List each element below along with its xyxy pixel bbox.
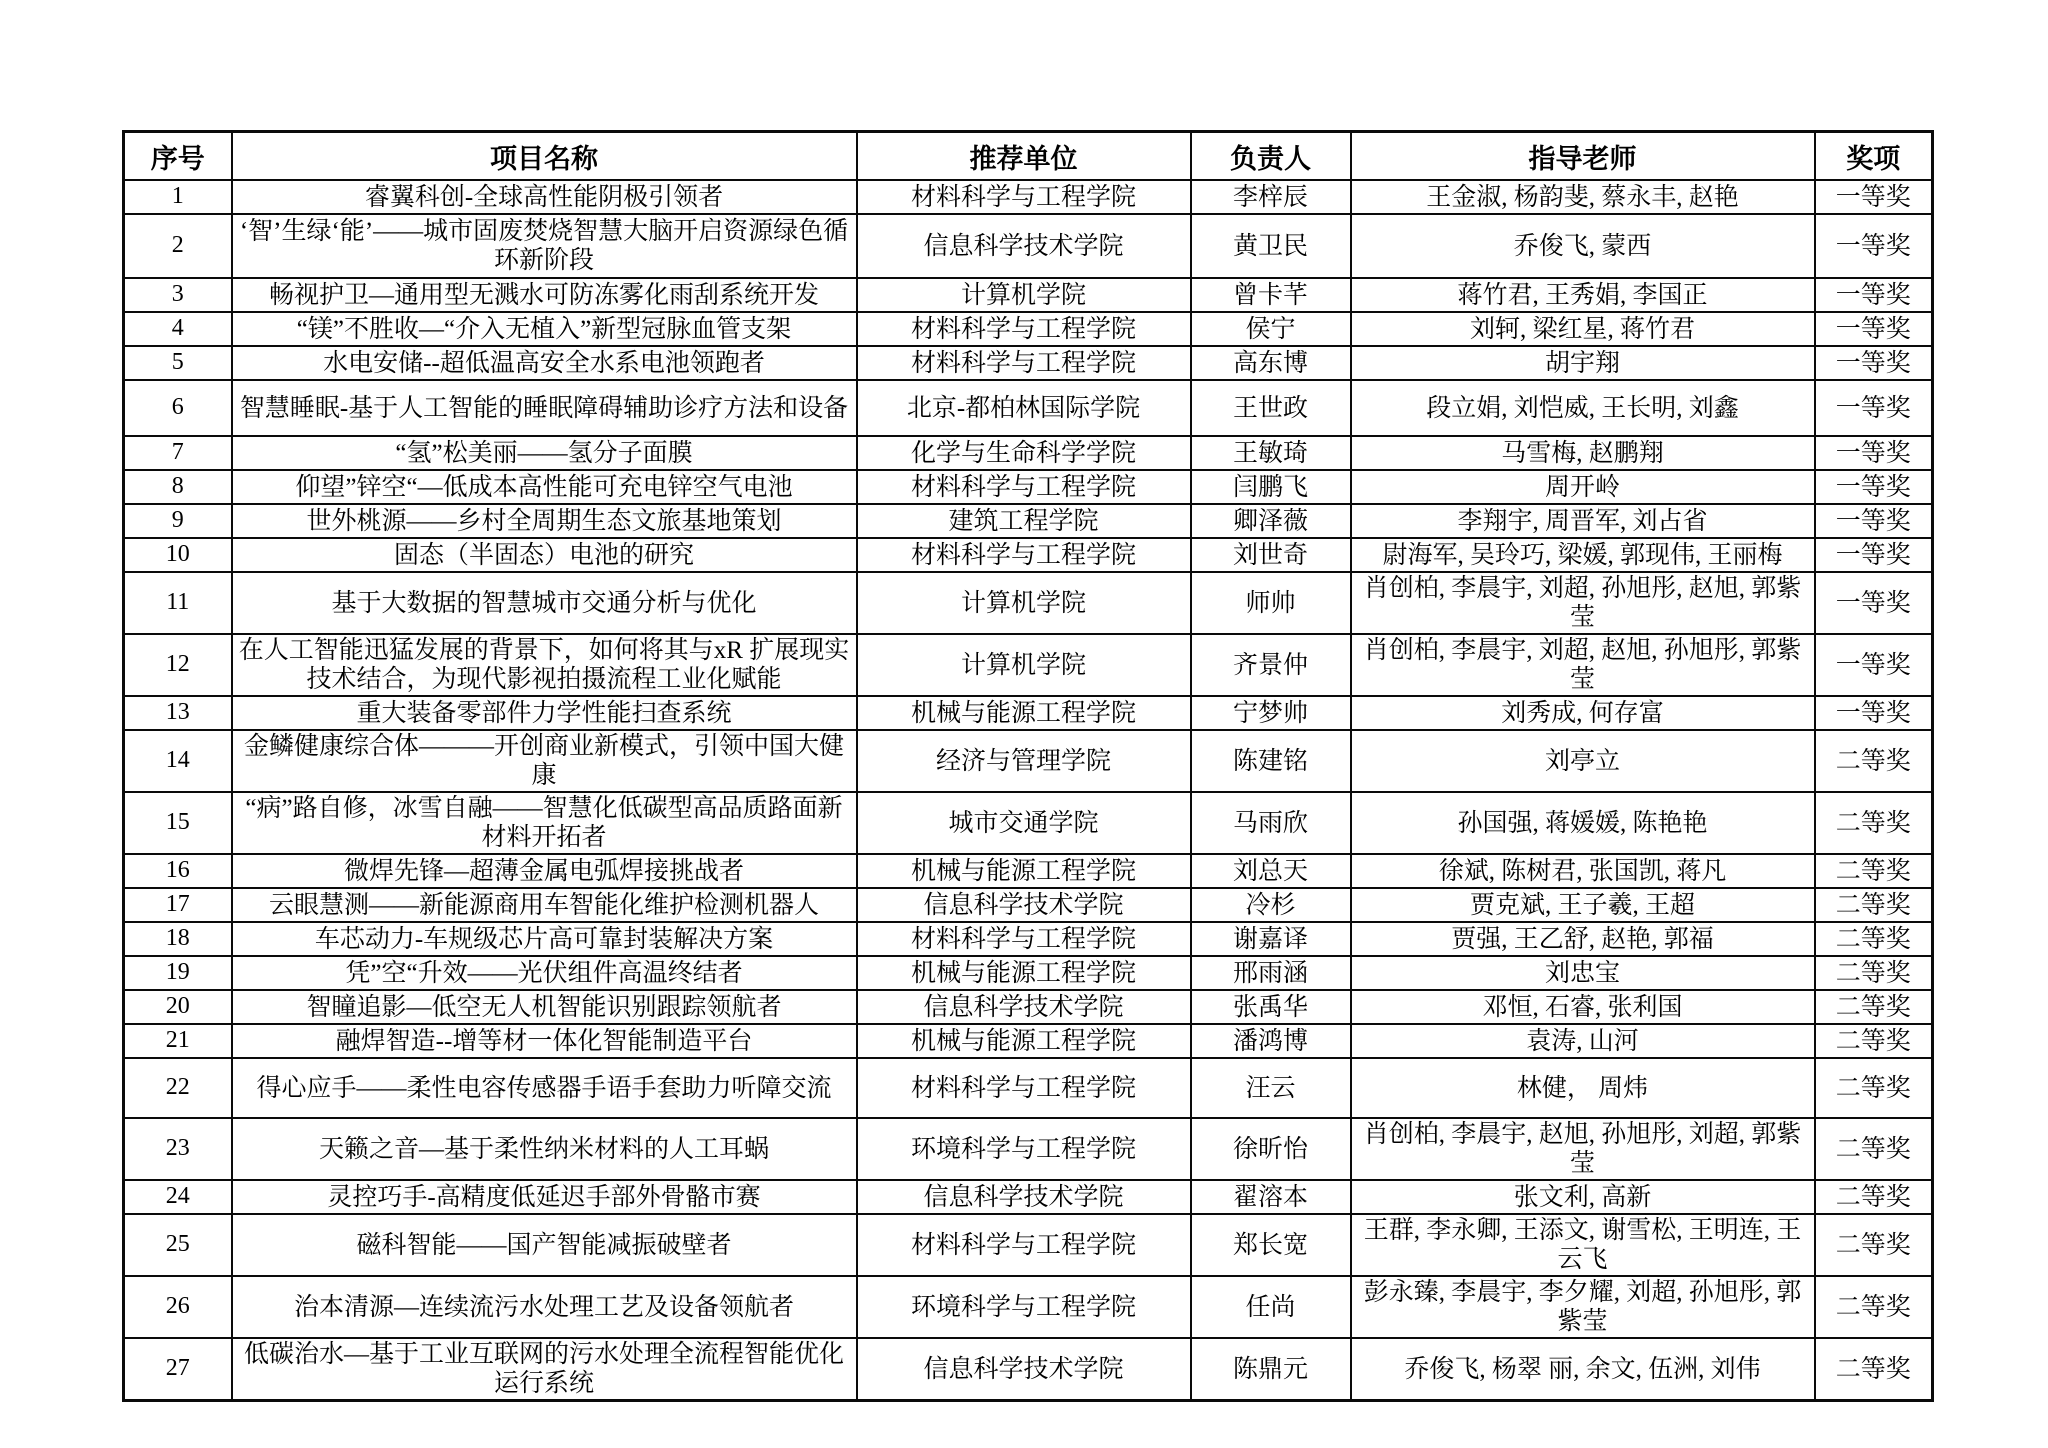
cell-leader: 高东博	[1191, 346, 1351, 380]
cell-unit: 北京-都柏林国际学院	[857, 380, 1191, 436]
table-row: 8仰望”锌空“—低成本高性能可充电锌空气电池材料科学与工程学院闫鹏飞周开岭一等奖	[124, 470, 1933, 504]
cell-index: 26	[124, 1276, 232, 1338]
cell-project: 固态（半固态）电池的研究	[232, 538, 857, 572]
header-row: 序号 项目名称 推荐单位 负责人 指导老师 奖项	[124, 132, 1933, 181]
table-row: 20智瞳追影—低空无人机智能识别跟踪领航者信息科学技术学院张禹华邓恒, 石睿, …	[124, 990, 1933, 1024]
cell-index: 17	[124, 888, 232, 922]
table-row: 15“病”路自修，冰雪自融——智慧化低碳型高品质路面新材料开拓者城市交通学院马雨…	[124, 792, 1933, 854]
cell-leader: 王世政	[1191, 380, 1351, 436]
cell-advisors: 肖创柏, 李晨宇, 刘超, 赵旭, 孙旭彤, 郭紫莹	[1351, 634, 1815, 696]
cell-project: 融焊智造--增等材一体化智能制造平台	[232, 1024, 857, 1058]
cell-leader: 齐景仲	[1191, 634, 1351, 696]
cell-unit: 机械与能源工程学院	[857, 956, 1191, 990]
cell-project: 微焊先锋—超薄金属电弧焊接挑战者	[232, 854, 857, 888]
cell-project: 车芯动力-车规级芯片高可靠封装解决方案	[232, 922, 857, 956]
table-row: 24灵控巧手-高精度低延迟手部外骨骼市赛信息科学技术学院翟溶本张文利, 高新二等…	[124, 1180, 1933, 1214]
cell-leader: 王敏琦	[1191, 436, 1351, 470]
cell-project: 基于大数据的智慧城市交通分析与优化	[232, 572, 857, 634]
cell-leader: 谢嘉译	[1191, 922, 1351, 956]
table-row: 2‘智’生绿‘能’——城市固废焚烧智慧大脑开启资源绿色循环新阶段信息科学技术学院…	[124, 214, 1933, 278]
cell-leader: 师帅	[1191, 572, 1351, 634]
cell-leader: 宁梦帅	[1191, 696, 1351, 730]
cell-unit: 经济与管理学院	[857, 730, 1191, 792]
cell-project: 云眼慧测——新能源商用车智能化维护检测机器人	[232, 888, 857, 922]
cell-index: 20	[124, 990, 232, 1024]
cell-index: 19	[124, 956, 232, 990]
cell-advisors: 贾强, 王乙舒, 赵艳, 郭福	[1351, 922, 1815, 956]
cell-unit: 材料科学与工程学院	[857, 470, 1191, 504]
cell-advisors: 刘忠宝	[1351, 956, 1815, 990]
table-row: 14金鳞健康综合体———开创商业新模式，引领中国大健康经济与管理学院陈建铭刘亭立…	[124, 730, 1933, 792]
cell-unit: 材料科学与工程学院	[857, 312, 1191, 346]
cell-unit: 计算机学院	[857, 278, 1191, 312]
cell-index: 13	[124, 696, 232, 730]
cell-leader: 郑长宽	[1191, 1214, 1351, 1276]
cell-unit: 机械与能源工程学院	[857, 1024, 1191, 1058]
table-row: 3畅视护卫—通用型无溅水可防冻雾化雨刮系统开发计算机学院曾卡芊蒋竹君, 王秀娟,…	[124, 278, 1933, 312]
cell-leader: 邢雨涵	[1191, 956, 1351, 990]
cell-award: 二等奖	[1815, 1276, 1933, 1338]
cell-award: 二等奖	[1815, 1338, 1933, 1401]
cell-unit: 材料科学与工程学院	[857, 1058, 1191, 1118]
table-row: 4“镁”不胜收—“介入无植入”新型冠脉血管支架材料科学与工程学院侯宁刘轲, 梁红…	[124, 312, 1933, 346]
cell-project: 凭”空“升效——光伏组件高温终结者	[232, 956, 857, 990]
cell-project: ‘智’生绿‘能’——城市固废焚烧智慧大脑开启资源绿色循环新阶段	[232, 214, 857, 278]
cell-unit: 材料科学与工程学院	[857, 538, 1191, 572]
cell-index: 21	[124, 1024, 232, 1058]
cell-index: 7	[124, 436, 232, 470]
cell-leader: 陈建铭	[1191, 730, 1351, 792]
cell-index: 14	[124, 730, 232, 792]
cell-index: 9	[124, 504, 232, 538]
cell-unit: 计算机学院	[857, 572, 1191, 634]
cell-leader: 冷杉	[1191, 888, 1351, 922]
cell-project: 世外桃源——乡村全周期生态文旅基地策划	[232, 504, 857, 538]
cell-advisors: 胡宇翔	[1351, 346, 1815, 380]
awards-table: 序号 项目名称 推荐单位 负责人 指导老师 奖项 1睿翼科创-全球高性能阴极引领…	[122, 130, 1934, 1402]
cell-index: 27	[124, 1338, 232, 1401]
cell-project: 智瞳追影—低空无人机智能识别跟踪领航者	[232, 990, 857, 1024]
cell-award: 二等奖	[1815, 1180, 1933, 1214]
cell-award: 二等奖	[1815, 990, 1933, 1024]
cell-project: 灵控巧手-高精度低延迟手部外骨骼市赛	[232, 1180, 857, 1214]
cell-leader: 侯宁	[1191, 312, 1351, 346]
cell-award: 二等奖	[1815, 1118, 1933, 1180]
cell-leader: 闫鹏飞	[1191, 470, 1351, 504]
cell-leader: 卿泽薇	[1191, 504, 1351, 538]
cell-leader: 曾卡芊	[1191, 278, 1351, 312]
table-row: 27低碳治水—基于工业互联网的污水处理全流程智能优化运行系统信息科学技术学院陈鼎…	[124, 1338, 1933, 1401]
cell-leader: 李梓辰	[1191, 180, 1351, 214]
table-row: 21融焊智造--增等材一体化智能制造平台机械与能源工程学院潘鸿博袁涛, 山河二等…	[124, 1024, 1933, 1058]
cell-advisors: 张文利, 高新	[1351, 1180, 1815, 1214]
cell-award: 一等奖	[1815, 634, 1933, 696]
cell-unit: 化学与生命科学学院	[857, 436, 1191, 470]
cell-leader: 汪云	[1191, 1058, 1351, 1118]
cell-advisors: 袁涛, 山河	[1351, 1024, 1815, 1058]
cell-award: 一等奖	[1815, 214, 1933, 278]
cell-advisors: 乔俊飞, 蒙西	[1351, 214, 1815, 278]
cell-award: 一等奖	[1815, 380, 1933, 436]
cell-index: 4	[124, 312, 232, 346]
cell-award: 二等奖	[1815, 1214, 1933, 1276]
cell-unit: 环境科学与工程学院	[857, 1118, 1191, 1180]
cell-leader: 刘总天	[1191, 854, 1351, 888]
table-row: 13重大装备零部件力学性能扫查系统机械与能源工程学院宁梦帅刘秀成, 何存富一等奖	[124, 696, 1933, 730]
cell-project: 磁科智能——国产智能减振破壁者	[232, 1214, 857, 1276]
cell-advisors: 李翔宇, 周晋军, 刘占省	[1351, 504, 1815, 538]
cell-project: 智慧睡眠-基于人工智能的睡眠障碍辅助诊疗方法和设备	[232, 380, 857, 436]
cell-award: 一等奖	[1815, 278, 1933, 312]
cell-project: “病”路自修，冰雪自融——智慧化低碳型高品质路面新材料开拓者	[232, 792, 857, 854]
cell-index: 12	[124, 634, 232, 696]
table-row: 18车芯动力-车规级芯片高可靠封装解决方案材料科学与工程学院谢嘉译贾强, 王乙舒…	[124, 922, 1933, 956]
cell-advisors: 林健， 周炜	[1351, 1058, 1815, 1118]
cell-award: 一等奖	[1815, 538, 1933, 572]
cell-leader: 徐昕怡	[1191, 1118, 1351, 1180]
cell-award: 一等奖	[1815, 180, 1933, 214]
cell-unit: 材料科学与工程学院	[857, 1214, 1191, 1276]
cell-advisors: 徐斌, 陈树君, 张国凯, 蒋凡	[1351, 854, 1815, 888]
cell-advisors: 蒋竹君, 王秀娟, 李国正	[1351, 278, 1815, 312]
col-header-index: 序号	[124, 132, 232, 181]
cell-leader: 陈鼎元	[1191, 1338, 1351, 1401]
cell-unit: 信息科学技术学院	[857, 888, 1191, 922]
cell-unit: 计算机学院	[857, 634, 1191, 696]
cell-index: 15	[124, 792, 232, 854]
cell-advisors: 乔俊飞, 杨翠 丽, 余文, 伍洲, 刘伟	[1351, 1338, 1815, 1401]
table-row: 6智慧睡眠-基于人工智能的睡眠障碍辅助诊疗方法和设备北京-都柏林国际学院王世政段…	[124, 380, 1933, 436]
cell-index: 5	[124, 346, 232, 380]
cell-unit: 环境科学与工程学院	[857, 1276, 1191, 1338]
cell-advisors: 肖创柏, 李晨宇, 刘超, 孙旭彤, 赵旭, 郭紫莹	[1351, 572, 1815, 634]
cell-project: “氢”松美丽——氢分子面膜	[232, 436, 857, 470]
cell-award: 一等奖	[1815, 470, 1933, 504]
cell-leader: 刘世奇	[1191, 538, 1351, 572]
cell-project: 畅视护卫—通用型无溅水可防冻雾化雨刮系统开发	[232, 278, 857, 312]
cell-unit: 机械与能源工程学院	[857, 696, 1191, 730]
cell-unit: 信息科学技术学院	[857, 1180, 1191, 1214]
cell-advisors: 周开岭	[1351, 470, 1815, 504]
cell-award: 一等奖	[1815, 696, 1933, 730]
cell-award: 二等奖	[1815, 730, 1933, 792]
cell-advisors: 邓恒, 石睿, 张利国	[1351, 990, 1815, 1024]
cell-advisors: 尉海军, 吴玲巧, 梁媛, 郭现伟, 王丽梅	[1351, 538, 1815, 572]
table-row: 22得心应手——柔性电容传感器手语手套助力听障交流材料科学与工程学院汪云林健， …	[124, 1058, 1933, 1118]
cell-index: 6	[124, 380, 232, 436]
cell-award: 一等奖	[1815, 436, 1933, 470]
cell-unit: 材料科学与工程学院	[857, 346, 1191, 380]
cell-index: 10	[124, 538, 232, 572]
table-row: 17云眼慧测——新能源商用车智能化维护检测机器人信息科学技术学院冷杉贾克斌, 王…	[124, 888, 1933, 922]
cell-leader: 任尚	[1191, 1276, 1351, 1338]
cell-award: 二等奖	[1815, 1058, 1933, 1118]
cell-project: 睿翼科创-全球高性能阴极引领者	[232, 180, 857, 214]
cell-leader: 马雨欣	[1191, 792, 1351, 854]
cell-award: 二等奖	[1815, 854, 1933, 888]
cell-leader: 张禹华	[1191, 990, 1351, 1024]
cell-index: 24	[124, 1180, 232, 1214]
cell-project: 治本清源—连续流污水处理工艺及设备领航者	[232, 1276, 857, 1338]
cell-project: “镁”不胜收—“介入无植入”新型冠脉血管支架	[232, 312, 857, 346]
cell-advisors: 刘轲, 梁红星, 蒋竹君	[1351, 312, 1815, 346]
cell-index: 22	[124, 1058, 232, 1118]
cell-index: 1	[124, 180, 232, 214]
cell-award: 二等奖	[1815, 888, 1933, 922]
table-row: 16微焊先锋—超薄金属电弧焊接挑战者机械与能源工程学院刘总天徐斌, 陈树君, 张…	[124, 854, 1933, 888]
table-row: 19凭”空“升效——光伏组件高温终结者机械与能源工程学院邢雨涵刘忠宝二等奖	[124, 956, 1933, 990]
cell-unit: 信息科学技术学院	[857, 990, 1191, 1024]
cell-award: 二等奖	[1815, 1024, 1933, 1058]
cell-index: 23	[124, 1118, 232, 1180]
table-row: 1睿翼科创-全球高性能阴极引领者材料科学与工程学院李梓辰王金淑, 杨韵斐, 蔡永…	[124, 180, 1933, 214]
cell-project: 金鳞健康综合体———开创商业新模式，引领中国大健康	[232, 730, 857, 792]
cell-award: 一等奖	[1815, 346, 1933, 380]
cell-award: 一等奖	[1815, 572, 1933, 634]
document-page: 序号 项目名称 推荐单位 负责人 指导老师 奖项 1睿翼科创-全球高性能阴极引领…	[0, 0, 2048, 1448]
cell-project: 水电安储--超低温高安全水系电池领跑者	[232, 346, 857, 380]
table-row: 12在人工智能迅猛发展的背景下，如何将其与xR 扩展现实技术结合，为现代影视拍摄…	[124, 634, 1933, 696]
cell-leader: 翟溶本	[1191, 1180, 1351, 1214]
cell-index: 16	[124, 854, 232, 888]
cell-unit: 信息科学技术学院	[857, 214, 1191, 278]
cell-unit: 机械与能源工程学院	[857, 854, 1191, 888]
col-header-unit: 推荐单位	[857, 132, 1191, 181]
table-row: 10固态（半固态）电池的研究材料科学与工程学院刘世奇尉海军, 吴玲巧, 梁媛, …	[124, 538, 1933, 572]
cell-advisors: 肖创柏, 李晨宇, 赵旭, 孙旭彤, 刘超, 郭紫莹	[1351, 1118, 1815, 1180]
cell-index: 8	[124, 470, 232, 504]
table-row: 23天籁之音—基于柔性纳米材料的人工耳蜗环境科学与工程学院徐昕怡肖创柏, 李晨宇…	[124, 1118, 1933, 1180]
col-header-project: 项目名称	[232, 132, 857, 181]
cell-award: 一等奖	[1815, 312, 1933, 346]
cell-project: 得心应手——柔性电容传感器手语手套助力听障交流	[232, 1058, 857, 1118]
table-row: 11基于大数据的智慧城市交通分析与优化计算机学院师帅肖创柏, 李晨宇, 刘超, …	[124, 572, 1933, 634]
table-row: 7“氢”松美丽——氢分子面膜化学与生命科学学院王敏琦马雪梅, 赵鹏翔一等奖	[124, 436, 1933, 470]
cell-advisors: 刘亭立	[1351, 730, 1815, 792]
cell-award: 二等奖	[1815, 956, 1933, 990]
cell-advisors: 王群, 李永卿, 王添文, 谢雪松, 王明连, 王云飞	[1351, 1214, 1815, 1276]
col-header-leader: 负责人	[1191, 132, 1351, 181]
table-row: 9世外桃源——乡村全周期生态文旅基地策划建筑工程学院卿泽薇李翔宇, 周晋军, 刘…	[124, 504, 1933, 538]
cell-unit: 信息科学技术学院	[857, 1338, 1191, 1401]
cell-index: 11	[124, 572, 232, 634]
col-header-award: 奖项	[1815, 132, 1933, 181]
cell-project: 仰望”锌空“—低成本高性能可充电锌空气电池	[232, 470, 857, 504]
cell-advisors: 马雪梅, 赵鹏翔	[1351, 436, 1815, 470]
cell-index: 2	[124, 214, 232, 278]
cell-leader: 潘鸿博	[1191, 1024, 1351, 1058]
cell-unit: 建筑工程学院	[857, 504, 1191, 538]
cell-leader: 黄卫民	[1191, 214, 1351, 278]
cell-project: 在人工智能迅猛发展的背景下，如何将其与xR 扩展现实技术结合，为现代影视拍摄流程…	[232, 634, 857, 696]
cell-award: 二等奖	[1815, 922, 1933, 956]
cell-unit: 城市交通学院	[857, 792, 1191, 854]
cell-project: 低碳治水—基于工业互联网的污水处理全流程智能优化运行系统	[232, 1338, 857, 1401]
cell-unit: 材料科学与工程学院	[857, 922, 1191, 956]
table-row: 26治本清源—连续流污水处理工艺及设备领航者环境科学与工程学院任尚彭永臻, 李晨…	[124, 1276, 1933, 1338]
cell-advisors: 段立娟, 刘恺威, 王长明, 刘鑫	[1351, 380, 1815, 436]
cell-index: 18	[124, 922, 232, 956]
cell-award: 二等奖	[1815, 792, 1933, 854]
cell-unit: 材料科学与工程学院	[857, 180, 1191, 214]
cell-advisors: 王金淑, 杨韵斐, 蔡永丰, 赵艳	[1351, 180, 1815, 214]
cell-project: 重大装备零部件力学性能扫查系统	[232, 696, 857, 730]
cell-advisors: 贾克斌, 王子羲, 王超	[1351, 888, 1815, 922]
col-header-advisors: 指导老师	[1351, 132, 1815, 181]
cell-advisors: 孙国强, 蒋媛媛, 陈艳艳	[1351, 792, 1815, 854]
table-row: 5水电安储--超低温高安全水系电池领跑者材料科学与工程学院高东博胡宇翔一等奖	[124, 346, 1933, 380]
cell-advisors: 彭永臻, 李晨宇, 李夕耀, 刘超, 孙旭彤, 郭紫莹	[1351, 1276, 1815, 1338]
cell-index: 3	[124, 278, 232, 312]
cell-award: 一等奖	[1815, 504, 1933, 538]
cell-advisors: 刘秀成, 何存富	[1351, 696, 1815, 730]
table-row: 25磁科智能——国产智能减振破壁者材料科学与工程学院郑长宽王群, 李永卿, 王添…	[124, 1214, 1933, 1276]
cell-project: 天籁之音—基于柔性纳米材料的人工耳蜗	[232, 1118, 857, 1180]
cell-index: 25	[124, 1214, 232, 1276]
